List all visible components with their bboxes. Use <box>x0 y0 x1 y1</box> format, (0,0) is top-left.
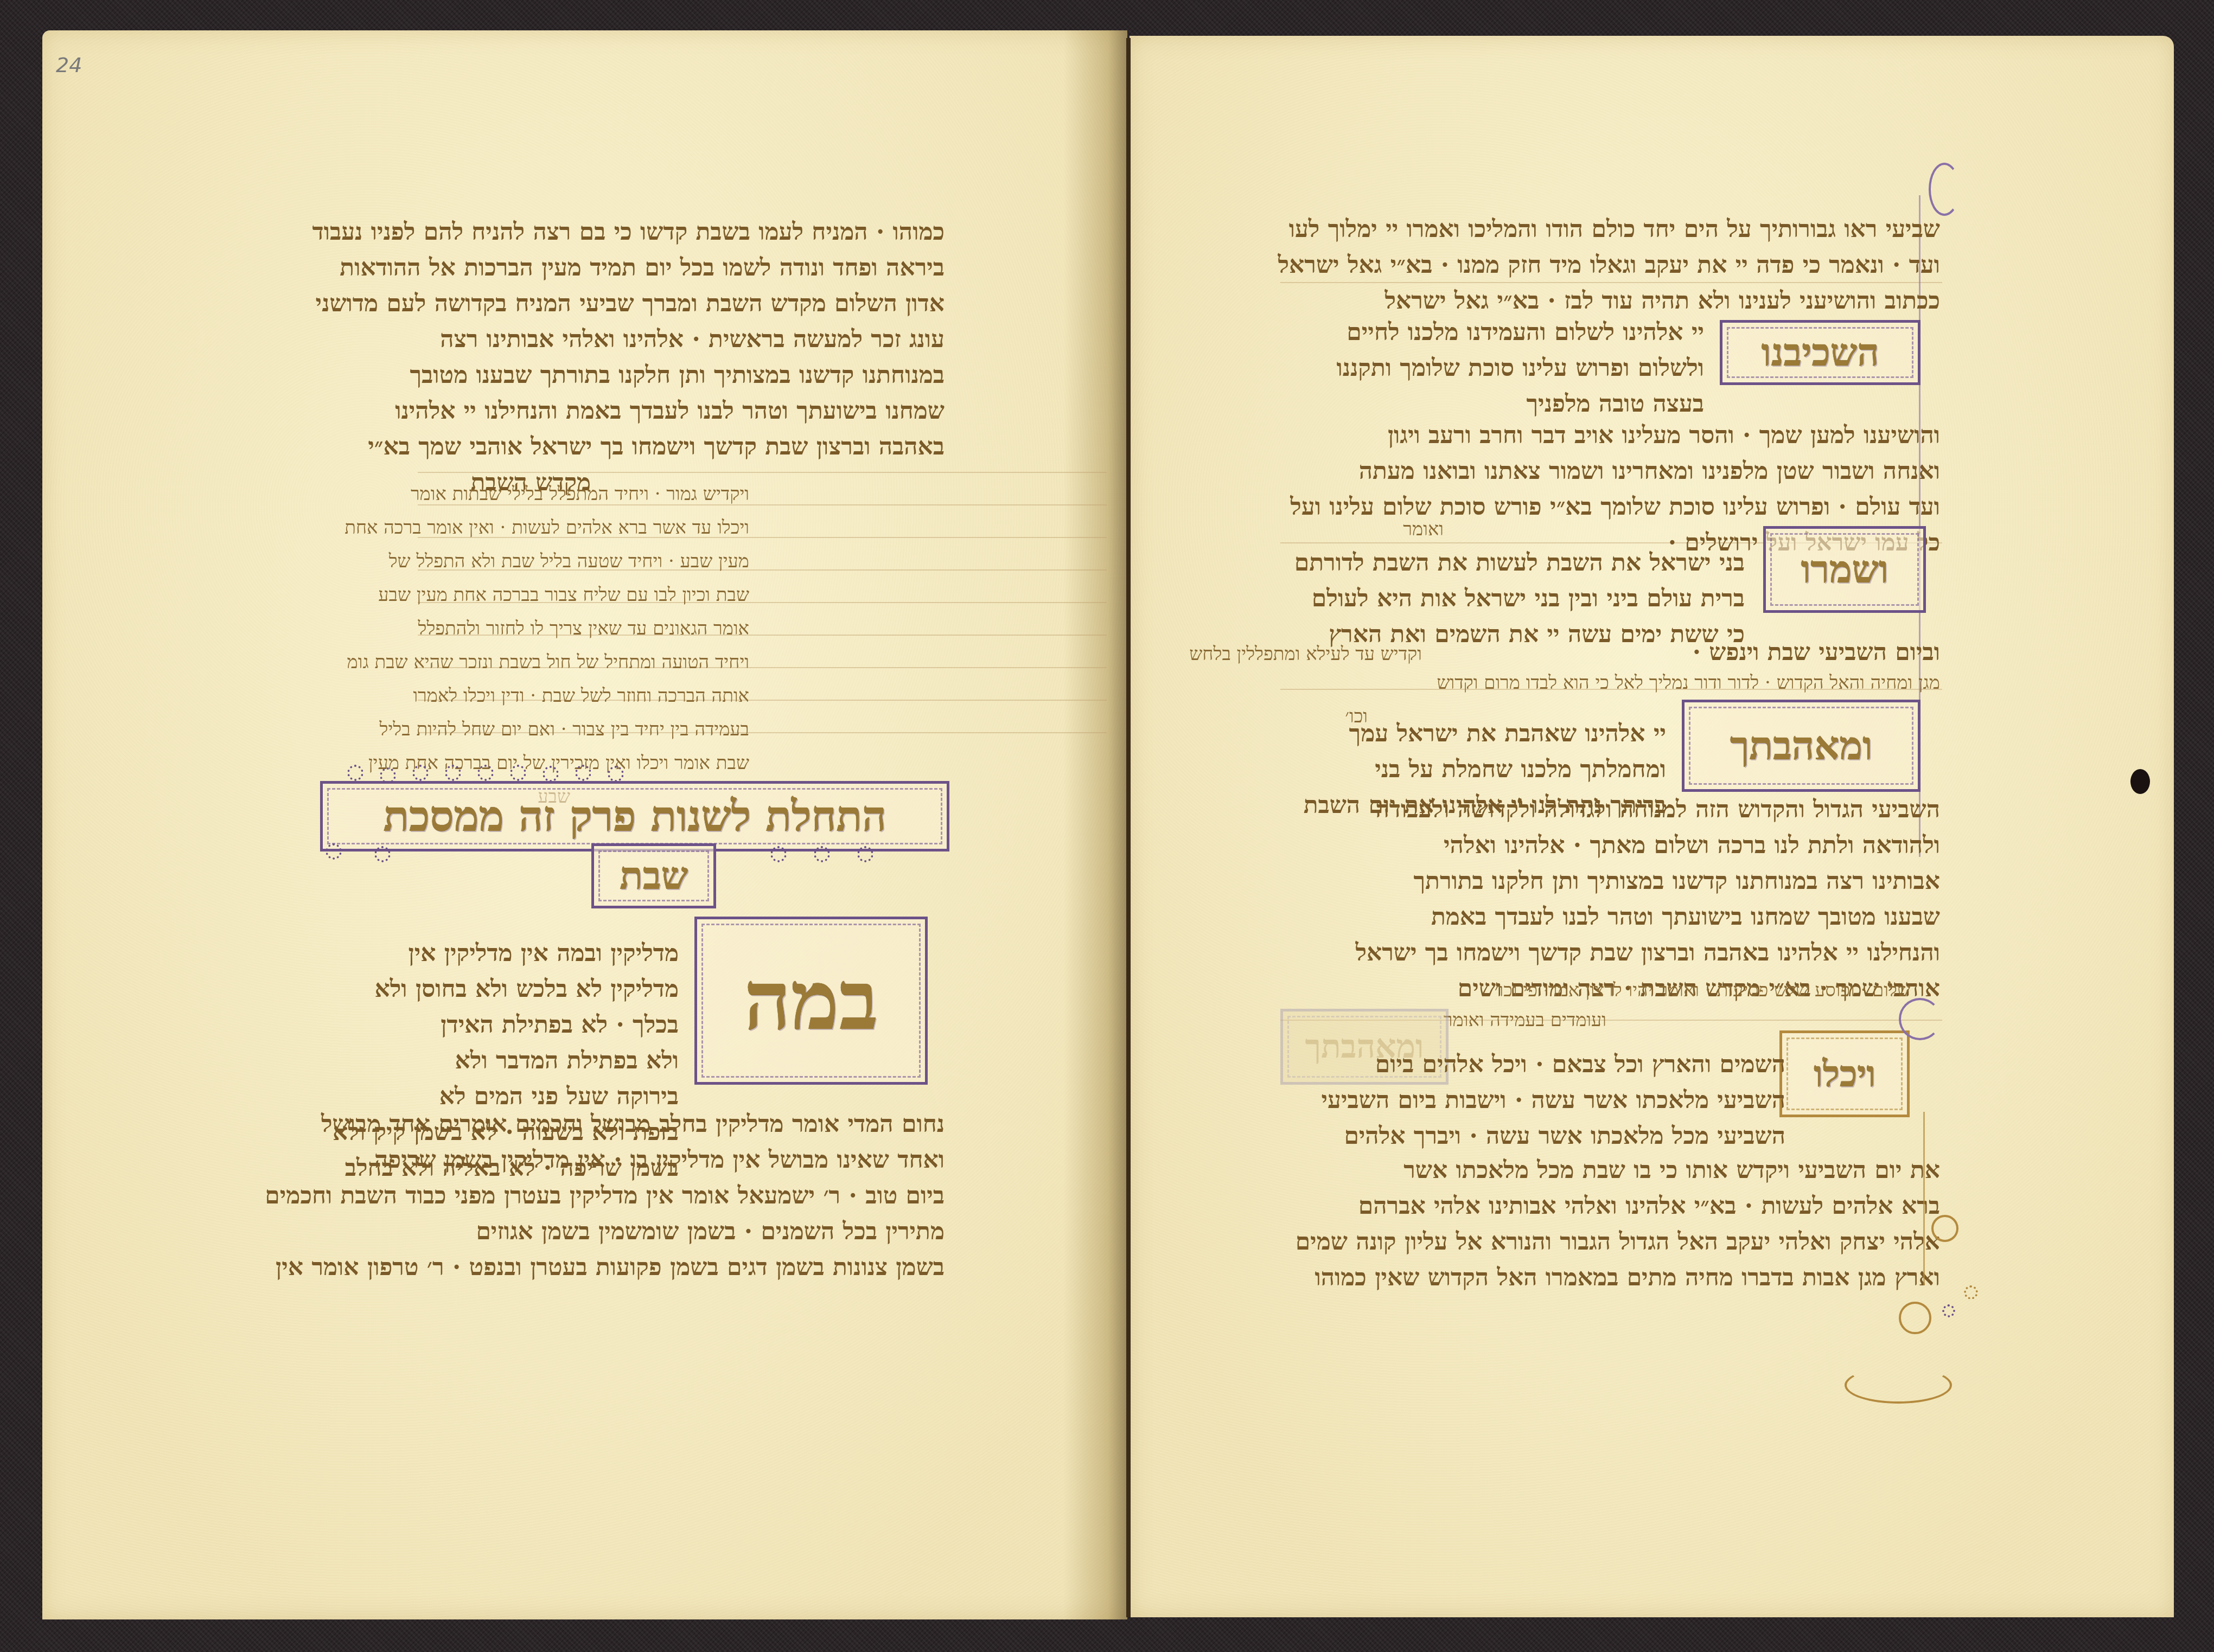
panel-word: ושמרו <box>1801 547 1888 592</box>
filigree-flower-icon <box>445 765 461 781</box>
text-line: אותה הברכה וחוזר לשל שבת · ודין ויכלו לא… <box>344 679 749 713</box>
text-line: אומר הגאונים עד שאין צריך לו לחזור ולהתפ… <box>344 612 749 645</box>
text-line: ולא בפתילת המדבר ולא <box>333 1043 679 1079</box>
text-line: שבענו מטובך שמחנו בישועתך וטהר לבנו לעבד… <box>1355 899 1940 935</box>
filigree-flower-icon <box>326 843 342 860</box>
text-line: השביעי מלאכתו אשר עשה · וישבות ביום השבי… <box>1322 1083 1785 1118</box>
illuminated-heading-subpanel: שבת <box>591 843 716 908</box>
text-line: שמחנו בישועתך וטהר לבנו לעבדך באמת והנחי… <box>312 393 945 429</box>
filigree-flower-icon <box>347 765 363 781</box>
text-line: שביעי ראו גבורותיך על הים יחד כולם הודו … <box>1278 212 1940 247</box>
text-line: אדון השלום מקדש השבת ומברך שביעי המניח ב… <box>312 286 945 322</box>
text-line: בכלך · לא בפתילת האידן <box>333 1007 679 1043</box>
text-line: במנוחתנו קדשנו במצותיך ותן חלקנו בתורתך … <box>312 357 945 393</box>
text-line: וארץ מגן אבות בדברו מחיה מתים במאמרו האל… <box>1296 1260 1940 1296</box>
text-line: מדליקין לא בלכש ולא בחוסן ולא <box>333 971 679 1007</box>
text-line: עונג זכר למעשה בראשית · אלהינו ואלהי אבו… <box>312 322 945 357</box>
text-line: אלהי יצחק ואלהי יעקב האל הגדול הגבור והנ… <box>1296 1224 1940 1260</box>
text-line: השביעי הגדול והקדוש הזה למנוחה ולגדולה ו… <box>1355 792 1940 828</box>
gutter-shadow <box>1063 30 1127 1619</box>
gold-flower-icon <box>1899 1302 1931 1334</box>
rubric-pesiot: שלום · ופוסע שלש פסיעות · ואומר יהיו לרצ… <box>1495 974 1910 1007</box>
text-line: ברא אלהים לעשות · בא״י אלהינו ואלהי אבות… <box>1296 1188 1940 1224</box>
text-line: ויקדיש גמור · ויחיד המתפלל בלילי שבתות א… <box>344 477 749 511</box>
text-line: ואנחה ושבור שטן מלפנינו ומאחרינו ושמור צ… <box>1290 453 1940 489</box>
text-line: את יום השביעי ויקדש אותו כי בו שבת מכל מ… <box>1296 1152 1940 1188</box>
spine-gutter <box>1126 38 1131 1617</box>
panel-word: ויכלו <box>1814 1053 1875 1096</box>
illuminated-heading-text: התחלת לשנות פרק זה ממסכת <box>383 792 886 841</box>
filigree-flower-icon <box>510 765 526 781</box>
illuminated-heading-panel: התחלת לשנות פרק זה ממסכת <box>320 781 949 851</box>
illuminated-panel-vaykhulu: ויכלו <box>1779 1030 1910 1117</box>
text-line: השביעי מכל מלאכתו אשר עשה · ויברך אלהים <box>1322 1118 1785 1154</box>
folio-number: 24 <box>56 53 82 77</box>
filigree-flower-icon <box>477 765 494 781</box>
rubric-amidah: ועומדים בעמידה ואומר <box>1444 1003 1606 1037</box>
text-line: ביום טוב · ר׳ ישמעאל אומר אין מדליקין בע… <box>265 1178 945 1214</box>
purple-flower-icon <box>1942 1304 1955 1317</box>
text-line: שבת וכיון לבו עם שליח צבור בברכה אחת מעי… <box>344 578 749 612</box>
text-line: בעצה טובה מלפניך <box>1336 386 1704 422</box>
dragon-terminal-icon <box>1845 1367 1952 1404</box>
text-line: והושיענו למען שמך · והסר מעלינו אויב דבר… <box>1290 418 1940 453</box>
text-line: והנחילנו יי אלהינו באהבה וברצון שבת קדשך… <box>1355 935 1940 971</box>
left-text-block-2: ויקדיש גמור · ויחיד המתפלל בלילי שבתות א… <box>344 477 749 814</box>
filigree-flower-icon <box>380 767 396 784</box>
filigree-flower-icon <box>814 846 830 862</box>
panel-word: ומאהבתך <box>1730 722 1873 769</box>
text-line: יי אלהינו שאהבת את ישראל עמך <box>1304 716 1666 752</box>
text-line: ביראה ופחד ונודה לשמו בכל יום תמיד מעין … <box>312 250 945 286</box>
gold-flower-icon <box>1931 1215 1958 1242</box>
initial-word: במה <box>744 953 878 1048</box>
left-text-block-1: כמוהו · המניח לעמו בשבת קדשו כי בם רצה ל… <box>312 214 945 501</box>
left-mishnah-full-width: נחום המדי אומר מדליקין בחלב מבושל וחכמים… <box>265 1106 945 1285</box>
gold-flower-icon <box>1964 1285 1978 1299</box>
text-line: אבותינו רצה במנוחתנו קדשנו במצותיך ותן ח… <box>1355 863 1940 899</box>
scroll-flourish-icon <box>1929 163 1960 216</box>
right-block-veshamru-line4: וביום השביעי שבת וינפש · <box>1693 635 1940 670</box>
text-line: ועד · ונאמר כי פדה יי את יעקב וגאלו מיד … <box>1278 247 1940 283</box>
text-line: ככתוב והושיעני לענינו ולא תהיה עוד לבז ·… <box>1278 283 1940 319</box>
right-block-hashkiveinu-beside: יי אלהינו לשלום והעמידנו מלכנו לחיים ולש… <box>1336 315 1704 422</box>
text-line: מעין שבע · ויחיד שטעה בליל שבת ולא התפלל… <box>344 545 749 578</box>
filigree-flower-icon <box>412 765 429 781</box>
text-line: ומחמלתך מלכנו שחמלת על בני <box>1304 752 1666 787</box>
filigree-flower-icon <box>608 766 624 782</box>
filigree-flower-icon <box>374 846 391 862</box>
marginal-gold-stem <box>1923 1112 1925 1285</box>
text-line: מתירין בכל השמנים · בשמן שומשמין בשמן אג… <box>265 1214 945 1250</box>
text-line: מדליקין ובמה אין מדליקין אין <box>333 936 679 971</box>
text-line: נחום המדי אומר מדליקין בחלב מבושל וחכמים… <box>265 1106 945 1142</box>
illuminated-panel-hashkiveinu: השכיבנו <box>1720 320 1920 385</box>
text-line: בני ישראל את השבת לעשות את השבת לדורתם <box>1294 545 1745 581</box>
text-line: בשמן צנונות בשמן דגים בשמן פקועות בעטרן … <box>265 1250 945 1285</box>
rubric-magen: מגן ומחיה והאל הקדוש · לדור ודור נמליך ל… <box>1437 666 1940 700</box>
right-opening-lines: שביעי ראו גבורותיך על הים יחד כולם הודו … <box>1278 212 1940 319</box>
filigree-flower-icon <box>575 765 591 781</box>
initial-word-panel: במה <box>694 917 928 1085</box>
text-line: בעמידה בין יחיד בין צבור · ואם יום שחל ל… <box>344 713 749 746</box>
scroll-flourish-icon <box>1899 998 1941 1040</box>
illuminated-panel-umeahavatkha: ומאהבתך <box>1682 700 1920 792</box>
text-line: השמים והארץ וכל צבאם · ויכל אלהים ביום <box>1322 1047 1785 1083</box>
rubric-kaddish: וקדיש עד לעילא ומתפללין בלחש <box>1189 637 1422 671</box>
text-line: ויכלו עד אשר ברא אלהים לעשות · ואין אומר… <box>344 511 749 545</box>
filigree-flower-icon <box>543 766 559 782</box>
text-line: באהבה וברצון שבת קדשך וישמחו בך ישראל או… <box>312 429 945 465</box>
filigree-flower-icon <box>857 846 873 862</box>
text-line: ואחד שאינו מבושל אין מדליקין בו · אין מד… <box>265 1142 945 1178</box>
illuminated-panel-veshamru: ושמרו <box>1763 526 1926 613</box>
right-block-veshamru-beside: בני ישראל את השבת לעשות את השבת לדורתם ב… <box>1294 545 1745 652</box>
rubric-veomer: ואומר <box>1403 513 1444 546</box>
right-block-vaykhulu-full: את יום השביעי ויקדש אותו כי בו שבת מכל מ… <box>1296 1152 1940 1296</box>
illuminated-heading-subtext: שבת <box>620 853 688 899</box>
text-line: ברית עולם ביני ובין בני ישראל אות היא לע… <box>1294 581 1745 617</box>
text-line: כמוהו · המניח לעמו בשבת קדשו כי בם רצה ל… <box>312 214 945 250</box>
text-line: ועד עולם · ופרוש עלינו סוכת שלומך בא״י פ… <box>1290 489 1940 525</box>
panel-word: השכיבנו <box>1762 330 1879 375</box>
filigree-flower-icon <box>770 846 787 862</box>
text-line: ולהודאה ולתת לנו ברכה ושלום מאתך · אלהינ… <box>1355 828 1940 863</box>
parchment-hole <box>2130 769 2150 794</box>
text-line: יי אלהינו לשלום והעמידנו מלכנו לחיים <box>1336 315 1704 350</box>
text-line: ויחיד הטועה ומתחיל של חול בשבת ונזכר שהי… <box>344 645 749 679</box>
text-line: ולשלום ופרוש עלינו סוכת שלומך ותקננו <box>1336 350 1704 386</box>
right-block-vaykhulu-beside: השמים והארץ וכל צבאם · ויכל אלהים ביום ה… <box>1322 1047 1785 1154</box>
